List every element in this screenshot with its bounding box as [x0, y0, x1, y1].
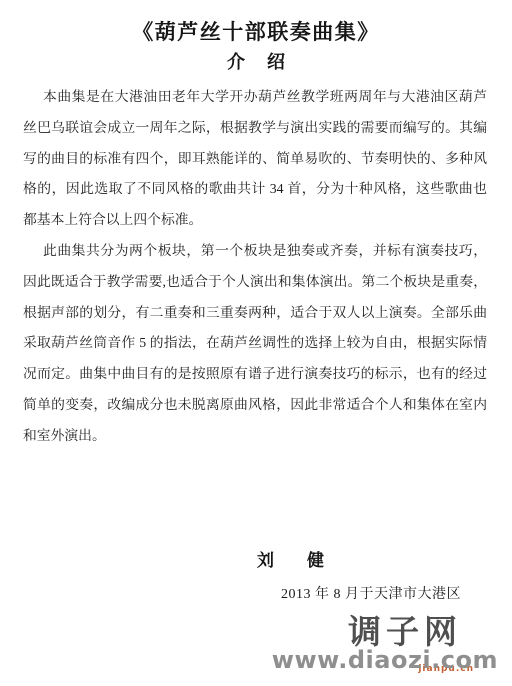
watermark-site-url: www.diaozi.com — [272, 646, 498, 674]
section-heading: 介 绍 — [0, 48, 512, 74]
document-title: 《葫芦丝十部联奏曲集》 — [0, 16, 512, 46]
paragraph-2-line-7: 和室外演出。 — [23, 421, 487, 452]
date-place-line: 2013 年 8 月于天津市大港区 — [281, 583, 461, 603]
section-heading-char-left: 介 — [227, 48, 245, 74]
paragraph-1-line-4: 格的，因此选取了不同风格的歌曲共计 34 首，分为十种风格，这些歌曲也 — [23, 174, 487, 205]
paragraph-2-line-2: 因此既适合于教学需要,也适合于个人演出和集体演出。第二个板块是重奏， — [23, 267, 487, 298]
author-signature: 刘 健 — [257, 546, 324, 571]
document-page: 《葫芦丝十部联奏曲集》 介 绍 本曲集是在大港油田老年大学开办葫芦丝教学班两周年… — [0, 0, 512, 686]
section-heading-char-right: 绍 — [267, 48, 285, 74]
paragraph-1-line-5: 都基本上符合以上四个标准。 — [23, 205, 487, 236]
paragraph-1-line-2: 丝巴乌联谊会成立一周年之际，根据教学与演出实践的需要而编写的。其编 — [23, 113, 487, 144]
body-text: 本曲集是在大港油田老年大学开办葫芦丝教学班两周年与大港油区葫芦 丝巴乌联谊会成立… — [23, 82, 487, 452]
paragraph-2-line-4: 采取葫芦丝筒音作 5 的指法，在葫芦丝调性的选择上较为自由，根据实际情 — [23, 328, 487, 359]
paragraph-1-line-1: 本曲集是在大港油田老年大学开办葫芦丝教学班两周年与大港油区葫芦 — [23, 82, 487, 113]
paragraph-2-line-5: 况而定。曲集中曲目有的是按照原有谱子进行演奏技巧的标示，也有的经过 — [23, 359, 487, 390]
paragraph-2-line-6: 简单的变奏，改编成分也未脱离原曲风格，因此非常适合个人和集体在室内 — [23, 390, 487, 421]
paragraph-2-line-1: 此曲集共分为两个板块，第一个板块是独奏或齐奏，并标有演奏技巧， — [23, 236, 487, 267]
paragraph-1-line-3: 写的曲目的标准有四个，即耳熟能详的、简单易吹的、节奏明快的、多种风 — [23, 144, 487, 175]
paragraph-2-line-3: 根据声部的划分，有二重奏和三重奏两种，适合于双人以上演奏。全部乐曲 — [23, 298, 487, 329]
author-given-name: 健 — [307, 546, 324, 571]
author-surname: 刘 — [257, 546, 274, 571]
